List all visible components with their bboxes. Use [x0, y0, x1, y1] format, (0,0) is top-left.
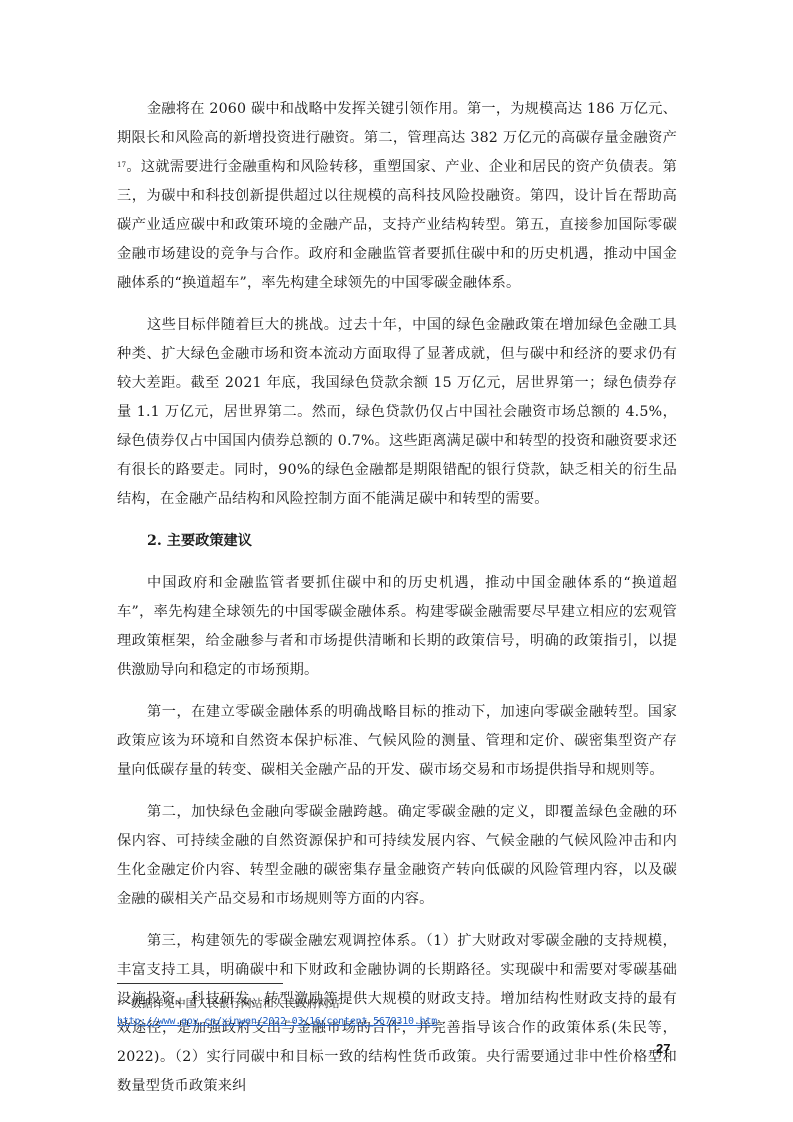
- footnote: 17数据详见中国人民银行网站和人民政府网站 http://www.gov.cn/…: [117, 995, 677, 1030]
- footnote-line: 17数据详见中国人民银行网站和人民政府网站: [117, 995, 677, 1012]
- paragraph-policy-first: 第一，在建立零碳金融体系的明确战略目标的推动下，加速向零碳金融转型。国家政策应该…: [117, 698, 677, 785]
- footnote-number: 17: [117, 1000, 125, 1007]
- paragraph-challenges: 这些目标伴随着巨大的挑战。过去十年，中国的绿色金融政策在增加绿色金融工具种类、扩…: [117, 311, 677, 514]
- footnote-link-line: http://www.gov.cn/xinwen/2022-03/16/cont…: [117, 1012, 677, 1030]
- paragraph-policy-second: 第二，加快绿色金融向零碳金融跨越。确定零碳金融的定义，即覆盖绿色金融的环保内容、…: [117, 798, 677, 914]
- footnote-divider: [117, 983, 283, 984]
- section-heading: 2. 主要政策建议: [117, 527, 677, 556]
- footnote-trailing: 。: [437, 1014, 448, 1027]
- page-body: 金融将在 2060 碳中和战略中发挥关键引领作用。第一，为规模高达 186 万亿…: [117, 95, 677, 1101]
- paragraph-text: 金融将在 2060 碳中和战略中发挥关键引领作用。第一，为规模高达 186 万亿…: [117, 101, 677, 146]
- page-number: 27: [656, 1041, 670, 1056]
- footnote-text: 数据详见中国人民银行网站和人民政府网站: [131, 997, 340, 1010]
- paragraph-policy-intro: 中国政府和金融监管者要抓住碳中和的历史机遇，推动中国金融体系的“换道超车”，率先…: [117, 569, 677, 685]
- paragraph-text: 。这就需要进行金融重构和风险转移，重塑国家、产业、企业和居民的资产负债表。第三，…: [117, 159, 677, 291]
- paragraph-finance-role: 金融将在 2060 碳中和战略中发挥关键引领作用。第一，为规模高达 186 万亿…: [117, 95, 677, 298]
- footnote-reference[interactable]: 17: [117, 161, 126, 169]
- footnote-link[interactable]: http://www.gov.cn/xinwen/2022-03/16/cont…: [117, 1016, 437, 1027]
